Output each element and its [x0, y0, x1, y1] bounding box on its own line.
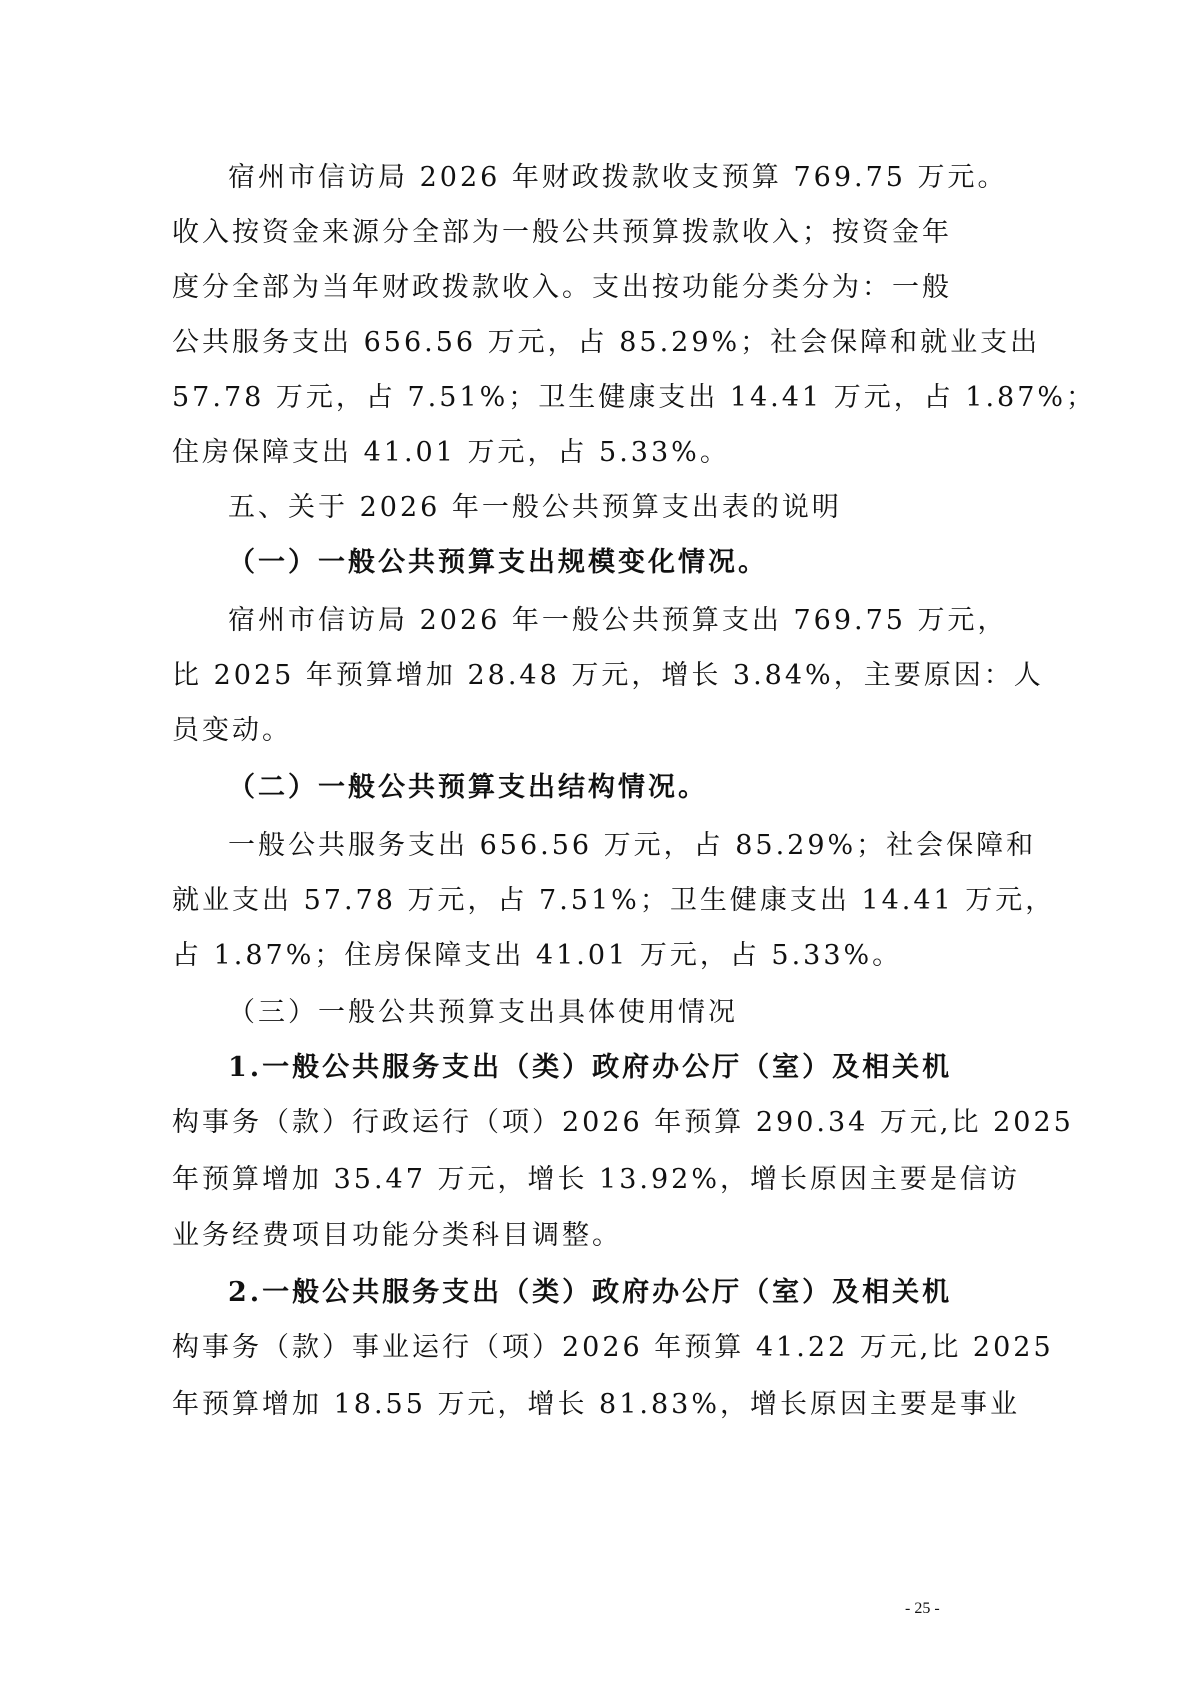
paragraph-line: 年预算增加 18.55 万元，增长 81.83%，增长原因主要是事业	[172, 1382, 1020, 1421]
paragraph-line: 收入按资金来源分全部为一般公共预算拨款收入；按资金年	[172, 210, 952, 249]
paragraph-line: 宿州市信访局 2026 年一般公共预算支出 769.75 万元，	[228, 598, 1008, 637]
paragraph-line: 一般公共服务支出 656.56 万元，占 85.29%；社会保障和	[228, 823, 1036, 862]
page-number: - 25 -	[905, 1600, 940, 1618]
paragraph-line: 公共服务支出 656.56 万元，占 85.29%；社会保障和就业支出	[172, 320, 1040, 359]
paragraph-line: 构事务（款）行政运行（项）2026 年预算 290.34 万元,比 2025	[172, 1100, 1074, 1139]
section-heading: 五、关于 2026 年一般公共预算支出表的说明	[228, 485, 842, 524]
paragraph-line: 宿州市信访局 2026 年财政拨款收支预算 769.75 万元。	[228, 155, 1008, 194]
paragraph-line: 比 2025 年预算增加 28.48 万元，增长 3.84%，主要原因：人	[172, 653, 1044, 692]
item-heading: 1.一般公共服务支出（类）政府办公厅（室）及相关机	[228, 1045, 952, 1084]
paragraph-line: 住房保障支出 41.01 万元，占 5.33%。	[172, 430, 730, 469]
paragraph-line: 57.78 万元，占 7.51%；卫生健康支出 14.41 万元，占 1.87%…	[172, 375, 1096, 414]
item-heading: 2.一般公共服务支出（类）政府办公厅（室）及相关机	[228, 1270, 952, 1309]
paragraph-line: 员变动。	[172, 708, 292, 747]
paragraph-line: 业务经费项目功能分类科目调整。	[172, 1213, 622, 1252]
paragraph-line: 就业支出 57.78 万元，占 7.51%；卫生健康支出 14.41 万元，	[172, 878, 1055, 917]
subsection-heading: （一）一般公共预算支出规模变化情况。	[228, 540, 768, 579]
paragraph-line: 占 1.87%；住房保障支出 41.01 万元，占 5.33%。	[172, 933, 902, 972]
paragraph-line: 构事务（款）事业运行（项）2026 年预算 41.22 万元,比 2025	[172, 1325, 1054, 1364]
paragraph-line: 年预算增加 35.47 万元，增长 13.92%，增长原因主要是信访	[172, 1157, 1020, 1196]
subsection-heading: （二）一般公共预算支出结构情况。	[228, 765, 708, 804]
subsection-heading: （三）一般公共预算支出具体使用情况	[228, 990, 738, 1029]
paragraph-line: 度分全部为当年财政拨款收入。支出按功能分类分为：一般	[172, 265, 952, 304]
